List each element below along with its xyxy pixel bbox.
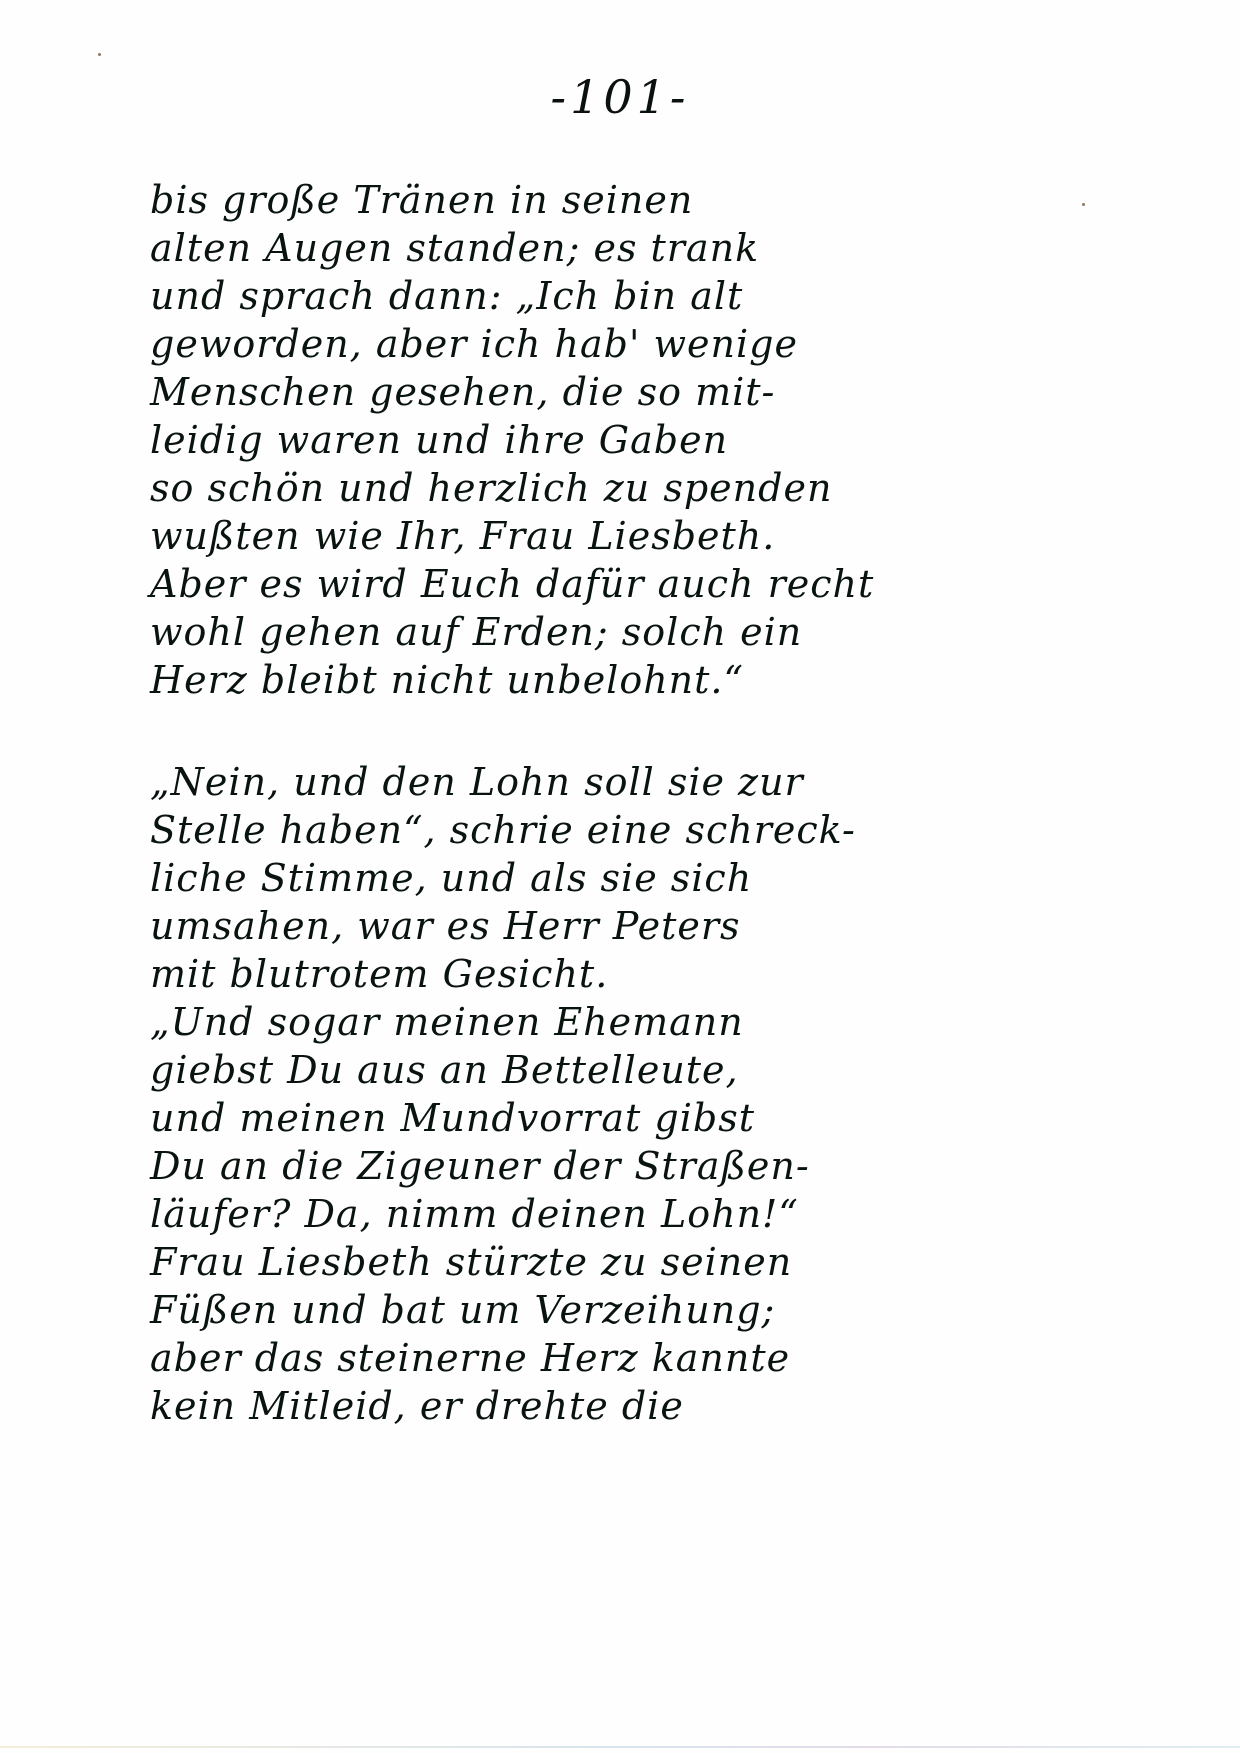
text-line: und sprach dann: „Ich bin alt [150, 274, 743, 318]
text-line: wohl gehen auf Erden; solch ein [150, 610, 802, 654]
text-line: Du an die Zigeuner der Straßen- [150, 1144, 810, 1188]
handwritten-page: -101- bis große Tränen in seinen alten A… [0, 0, 1240, 1753]
text-line: läufer? Da, nimm deinen Lohn!“ [150, 1192, 799, 1236]
paper-speck [1082, 203, 1085, 206]
text-line: so schön und herzlich zu spenden [150, 466, 832, 510]
text-line: „Und sogar meinen Ehemann [150, 1000, 744, 1044]
text-line: aber das steinerne Herz kannte [150, 1336, 790, 1380]
text-line: alten Augen standen; es trank [150, 226, 759, 270]
text-line: Stelle haben“, schrie eine schreck- [150, 808, 856, 852]
text-line: „Nein, und den Lohn soll sie zur [150, 760, 804, 804]
text-line: mit blutrotem Gesicht. [150, 952, 608, 996]
text-line: geworden, aber ich hab' wenige [150, 322, 798, 366]
text-line: giebst Du aus an Bettelleute, [150, 1048, 739, 1092]
text-line: Frau Liesbeth stürzte zu seinen [150, 1240, 792, 1284]
page-number: -101- [0, 70, 1240, 124]
text-line: bis große Tränen in seinen [150, 178, 693, 222]
text-line: Aber es wird Euch dafür auch recht [150, 562, 874, 606]
text-line: kein Mitleid, er drehte die [150, 1384, 684, 1428]
text-line: leidig waren und ihre Gaben [150, 418, 728, 462]
text-line: Herz bleibt nicht unbelohnt.“ [150, 658, 744, 702]
text-line: Füßen und bat um Verzeihung; [150, 1288, 775, 1332]
text-line: umsahen, war es Herr Peters [150, 904, 741, 948]
text-line: wußten wie Ihr, Frau Liesbeth. [150, 514, 775, 558]
page-bottom-edge [0, 1746, 1240, 1748]
paper-speck [98, 53, 101, 56]
text-line: liche Stimme, und als sie sich [150, 856, 752, 900]
text-line: Menschen gesehen, die so mit- [150, 370, 775, 414]
text-line: und meinen Mundvorrat gibst [150, 1096, 755, 1140]
